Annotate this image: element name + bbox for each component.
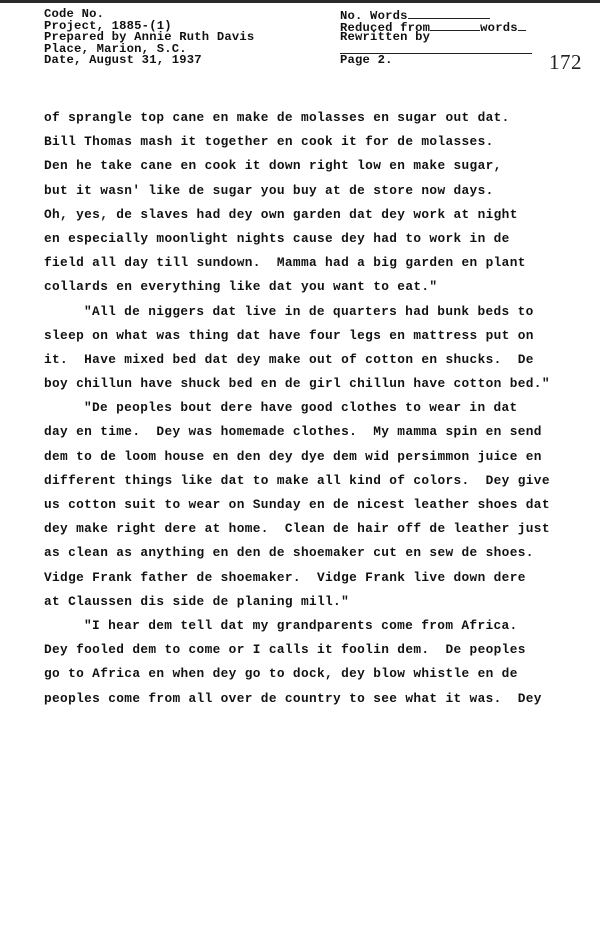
text-line: "De peoples bout dere have good clothes …	[44, 396, 584, 420]
text-line: collards en everything like dat you want…	[44, 275, 584, 299]
text-line: boy chillun have shuck bed en de girl ch…	[44, 372, 584, 396]
scan-top-border	[0, 0, 600, 3]
no-words-blank	[408, 9, 490, 19]
text-line: dem to de loom house en den dey dye dem …	[44, 445, 584, 469]
text-line: Den he take cane en cook it down right l…	[44, 154, 584, 178]
rewritten-by-blank	[340, 44, 532, 54]
page-row: Page 2.	[340, 55, 532, 67]
text-line: "I hear dem tell dat my grandparents com…	[44, 614, 584, 638]
text-line: us cotton suit to wear on Sunday en de n…	[44, 493, 584, 517]
header-date: Date, August 31, 1937	[44, 55, 254, 67]
text-line: Oh, yes, de slaves had dey own garden da…	[44, 203, 584, 227]
text-line: day en time. Dey was homemade clothes. M…	[44, 420, 584, 444]
words-blank	[518, 21, 526, 31]
stamped-page-number: 172	[549, 50, 582, 75]
header-left-block: Code No. Project, 1885-(1) Prepared by A…	[44, 9, 254, 67]
text-line: Dey fooled dem to come or I calls it foo…	[44, 638, 584, 662]
text-line: different things like dat to make all ki…	[44, 469, 584, 493]
no-words-row: No. Words	[340, 9, 532, 21]
header-right-block: No. Words Reduced fromwords Rewritten by…	[340, 9, 532, 67]
text-line: Vidge Frank father de shoemaker. Vidge F…	[44, 566, 584, 590]
text-line: at Claussen dis side de planing mill."	[44, 590, 584, 614]
page-label: Page 2.	[340, 53, 393, 67]
text-line: Bill Thomas mash it together en cook it …	[44, 130, 584, 154]
text-line: as clean as anything en den de shoemaker…	[44, 541, 584, 565]
text-line: of sprangle top cane en make de molasses…	[44, 106, 584, 130]
text-line: dey make right dere at home. Clean de ha…	[44, 517, 584, 541]
text-line: it. Have mixed bed dat dey make out of c…	[44, 348, 584, 372]
text-line: en especially moonlight nights cause dey…	[44, 227, 584, 251]
text-line: field all day till sundown. Mamma had a …	[44, 251, 584, 275]
reduced-from-blank	[430, 21, 480, 31]
rewritten-by-label: Rewritten by	[340, 30, 430, 44]
text-line: "All de niggers dat live in de quarters …	[44, 300, 584, 324]
narrative-body: of sprangle top cane en make de molasses…	[44, 106, 584, 711]
text-line: peoples come from all over de country to…	[44, 687, 584, 711]
text-line: sleep on what was thing dat have four le…	[44, 324, 584, 348]
text-line: go to Africa en when dey go to dock, dey…	[44, 662, 584, 686]
text-line: but it wasn' like de sugar you buy at de…	[44, 179, 584, 203]
words-label: words	[480, 21, 518, 35]
